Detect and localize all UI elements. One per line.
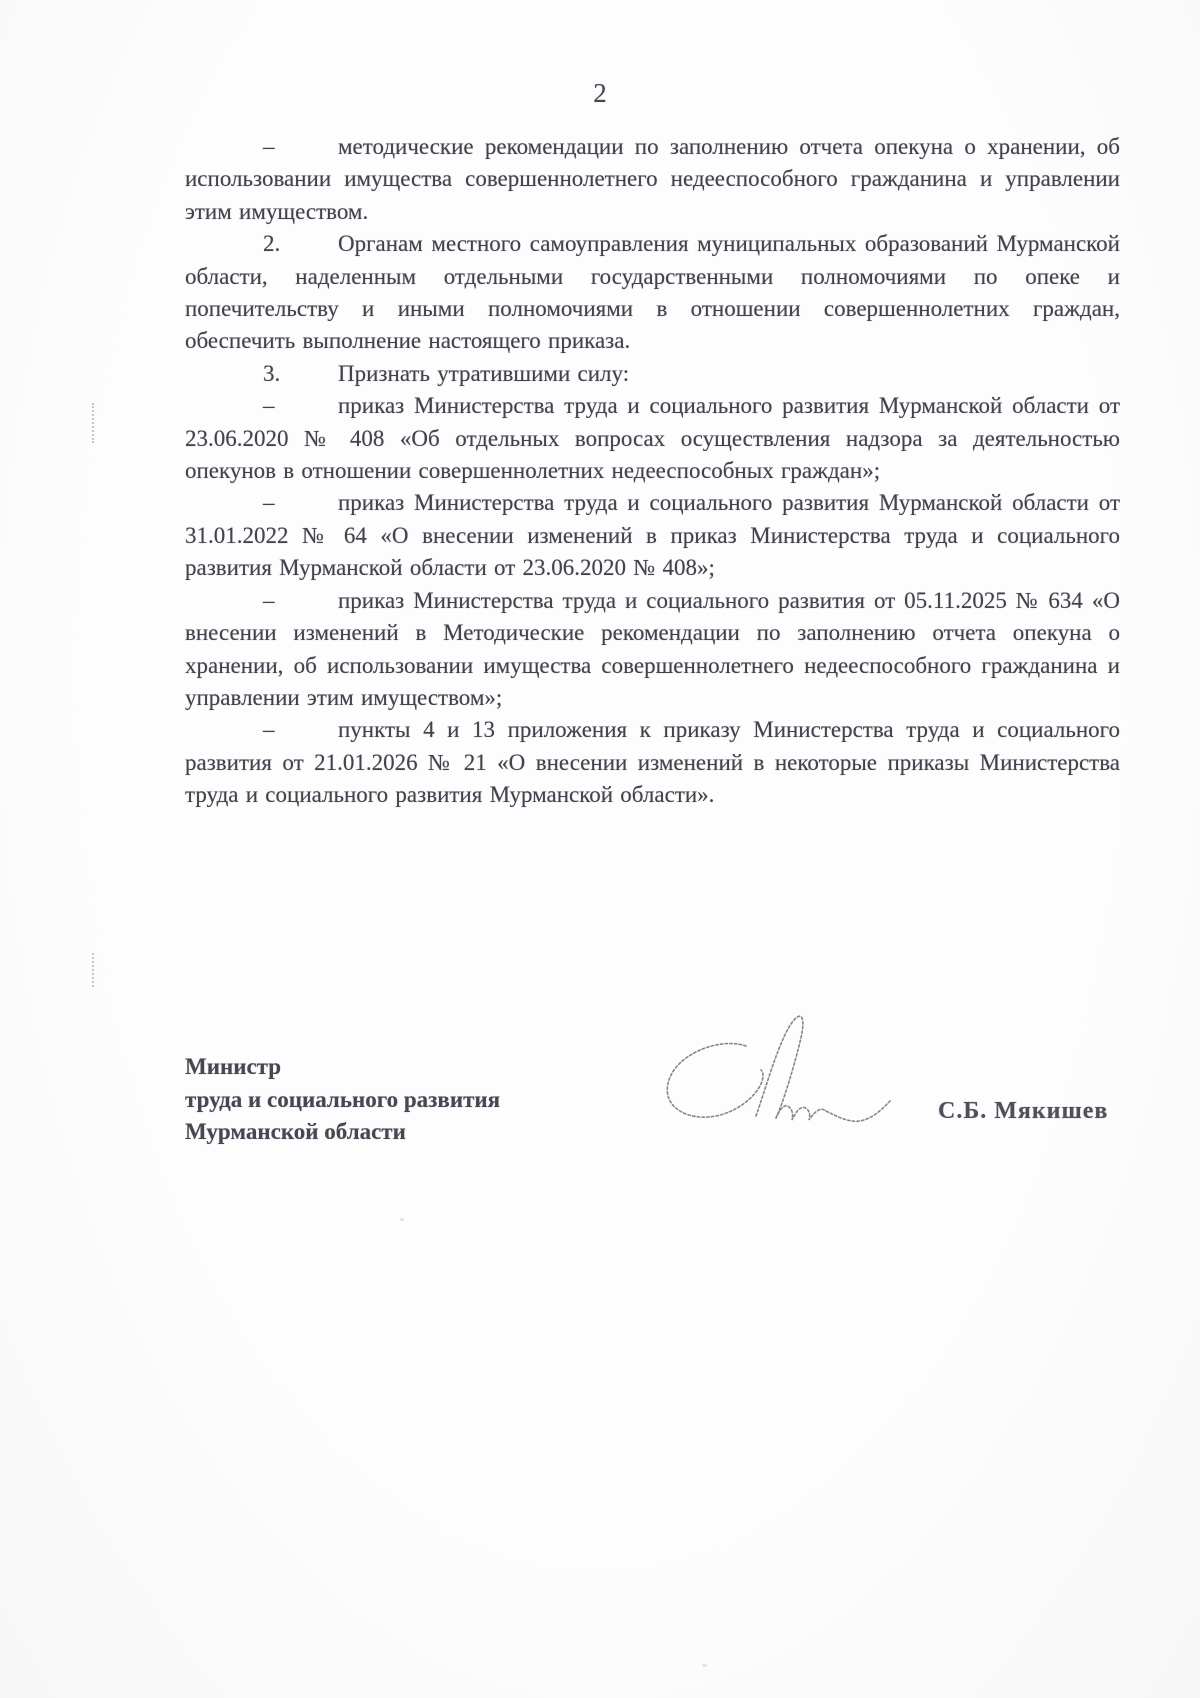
scan-speck: [702, 1664, 707, 1667]
signatory-name: С.Б. Мякишев: [938, 1098, 1108, 1125]
signer-position-line: труда и социального развития: [185, 1084, 500, 1117]
scanned-document-page: 2 –методические рекомендации по заполнен…: [0, 0, 1200, 1698]
signer-position: Министр труда и социального развития Мур…: [185, 1051, 500, 1149]
list-dash: –: [263, 487, 338, 519]
list-dash: –: [263, 714, 338, 746]
item-number: 3.: [263, 358, 338, 390]
paragraph-revoked-order-21: –пункты 4 и 13 приложения к приказу Мини…: [185, 714, 1120, 811]
scan-artifact: [92, 403, 94, 443]
paragraph-revoked-order-64: –приказ Министерства труда и социального…: [185, 487, 1120, 584]
scan-artifact: [92, 953, 94, 987]
paragraph-methodical-recommendations: –методические рекомендации по заполнению…: [185, 131, 1120, 228]
paragraph-text: Признать утратившими силу:: [338, 361, 629, 386]
document-body: –методические рекомендации по заполнению…: [185, 131, 1120, 812]
paragraph-revoked-order-634: –приказ Министерства труда и социального…: [185, 585, 1120, 715]
signer-position-line: Министр: [185, 1051, 500, 1084]
handwritten-signature-icon: [628, 1008, 918, 1138]
paragraph-revoked-order-408: –приказ Министерства труда и социального…: [185, 390, 1120, 487]
list-dash: –: [263, 585, 338, 617]
list-dash: –: [263, 131, 338, 163]
list-dash: –: [263, 390, 338, 422]
signer-position-line: Мурманской области: [185, 1116, 500, 1149]
item-number: 2.: [263, 228, 338, 260]
scan-speck: [400, 1218, 404, 1221]
paragraph-item-2: 2.Органам местного самоуправления муници…: [185, 228, 1120, 358]
paragraph-item-3: 3.Признать утратившими силу:: [185, 358, 1120, 390]
page-number: 2: [0, 78, 1200, 109]
